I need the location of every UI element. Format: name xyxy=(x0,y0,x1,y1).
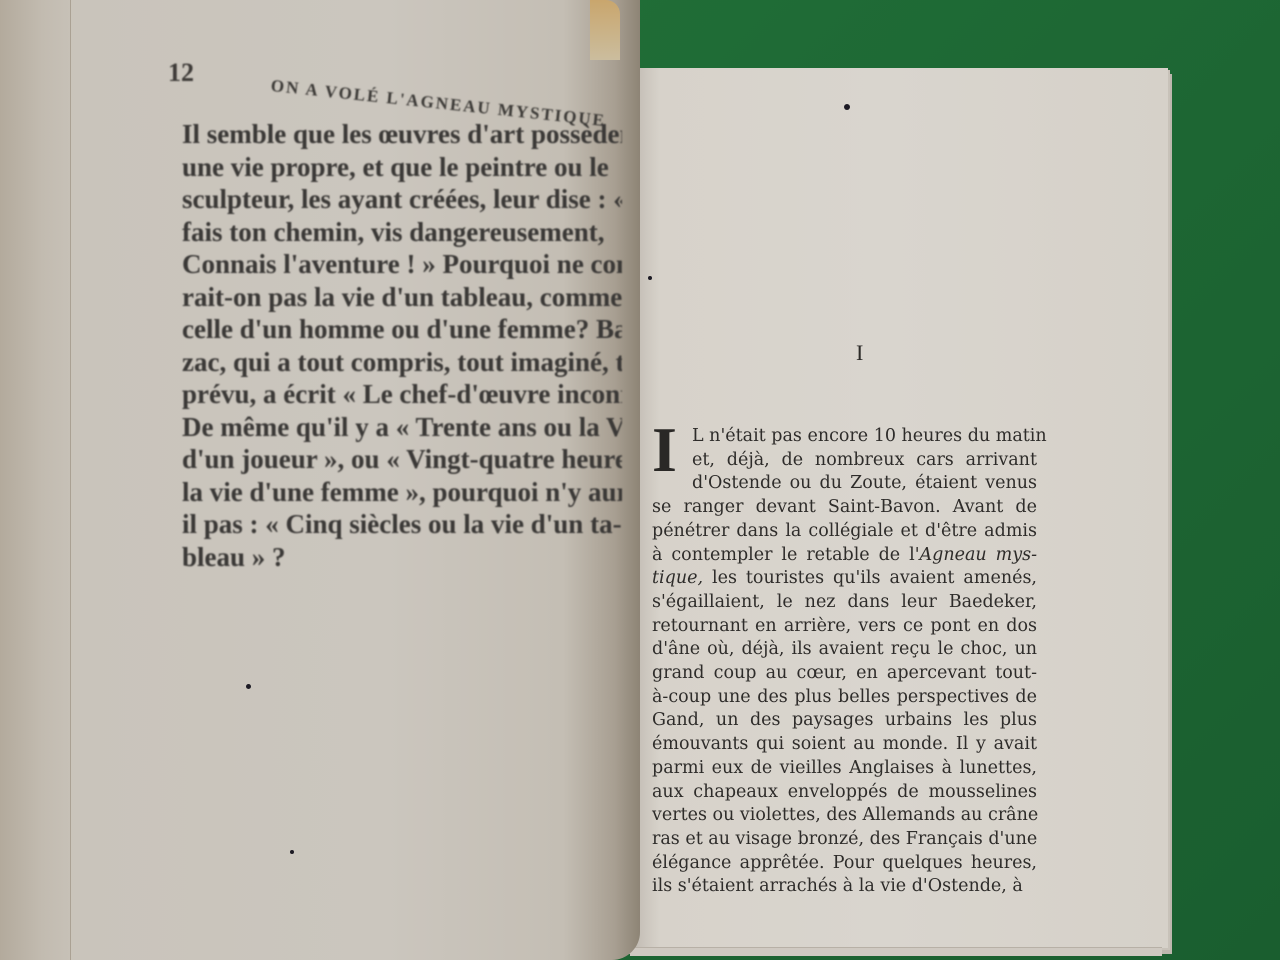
text-line: une vie propre, et que le peintre ou le xyxy=(182,151,622,184)
page-stack-edge xyxy=(630,947,1162,956)
text-line: et, déjà, de nombreux cars arrivant xyxy=(652,449,1037,473)
text-line: sculpteur, les ayant créées, leur dise :… xyxy=(182,183,622,216)
text-line: à-coup une des plus belles perspectives … xyxy=(652,686,1037,710)
text-line: rait-on pas la vie d'un tableau, comme xyxy=(182,281,622,314)
text-line: parmi eux de vieilles Anglaises à lunett… xyxy=(652,757,1037,781)
left-page-body: Il semble que les œuvres d'art possèdent… xyxy=(182,118,622,573)
text-line: tique, les touristes qu'ils avaient amen… xyxy=(652,567,1037,591)
text-line: d'un joueur », ou « Vingt-quatre heures … xyxy=(182,443,622,476)
text-line: pénétrer dans la collégiale et d'être ad… xyxy=(652,520,1037,544)
text-line: la vie d'une femme », pourquoi n'y aurai… xyxy=(182,476,622,509)
text-line: ils s'étaient arrachés à la vie d'Ostend… xyxy=(652,875,1037,899)
text-line: élégance apprêtée. Pour quelques heures, xyxy=(652,852,1037,876)
text-line: se ranger devant Saint-Bavon. Avant de xyxy=(652,496,1037,520)
page-curl xyxy=(590,0,620,60)
text-line: Il semble que les œuvres d'art possèdent xyxy=(182,118,622,151)
ink-spot xyxy=(246,684,251,689)
text-line: ras et au visage bronzé, des Français d'… xyxy=(652,828,1037,852)
left-page: 12 ON A VOLÉ L'AGNEAU MYSTIQUE Il semble… xyxy=(0,0,640,960)
page-number: 12 xyxy=(168,58,194,88)
text-line: Gand, un des paysages urbains les plus xyxy=(652,709,1037,733)
text-line: il pas : « Cinq siècles ou la vie d'un t… xyxy=(182,508,622,541)
ink-spot xyxy=(844,104,850,110)
text-line: prévu, a écrit « Le chef-d'œuvre inconnu… xyxy=(182,378,622,411)
right-page-body: L n'était pas encore 10 heures du matin … xyxy=(652,425,1037,899)
text-line: à contempler le retable de l'Agneau mys- xyxy=(652,544,1037,568)
text-line: bleau » ? xyxy=(182,541,622,574)
text-line: L n'était pas encore 10 heures du matin xyxy=(652,425,1037,449)
text-line: d'âne où, déjà, ils avaient reçu le choc… xyxy=(652,638,1037,662)
text-line: Connais l'aventure ! » Pourquoi ne conte… xyxy=(182,248,622,281)
text-line: s'égaillaient, le nez dans leur Baedeker… xyxy=(652,591,1037,615)
text-line: d'Ostende ou du Zoute, étaient venus xyxy=(652,472,1037,496)
text-line: fais ton chemin, vis dangereusement, xyxy=(182,216,622,249)
italic-title: tique, xyxy=(652,568,703,588)
italic-title: Agneau mys- xyxy=(920,545,1038,565)
text-line: zac, qui a tout compris, tout imaginé, t… xyxy=(182,346,622,379)
text-line: grand coup au cœur, en apercevant tout- xyxy=(652,662,1037,686)
chapter-number: I xyxy=(856,340,863,366)
text-line: émouvants qui soient au monde. Il y avai… xyxy=(652,733,1037,757)
text-line: De même qu'il y a « Trente ans ou la Vie xyxy=(182,411,622,444)
text-line: retournant en arrière, vers ce pont en d… xyxy=(652,615,1037,639)
ink-spot xyxy=(290,850,294,854)
text-line: vertes ou violettes, des Allemands au cr… xyxy=(652,804,1037,828)
text-line: aux chapeaux enveloppés de mousselines xyxy=(652,781,1037,805)
ink-spot xyxy=(648,276,652,280)
page-edge xyxy=(0,0,71,960)
text-line: celle d'un homme ou d'une femme? Bal- xyxy=(182,313,622,346)
